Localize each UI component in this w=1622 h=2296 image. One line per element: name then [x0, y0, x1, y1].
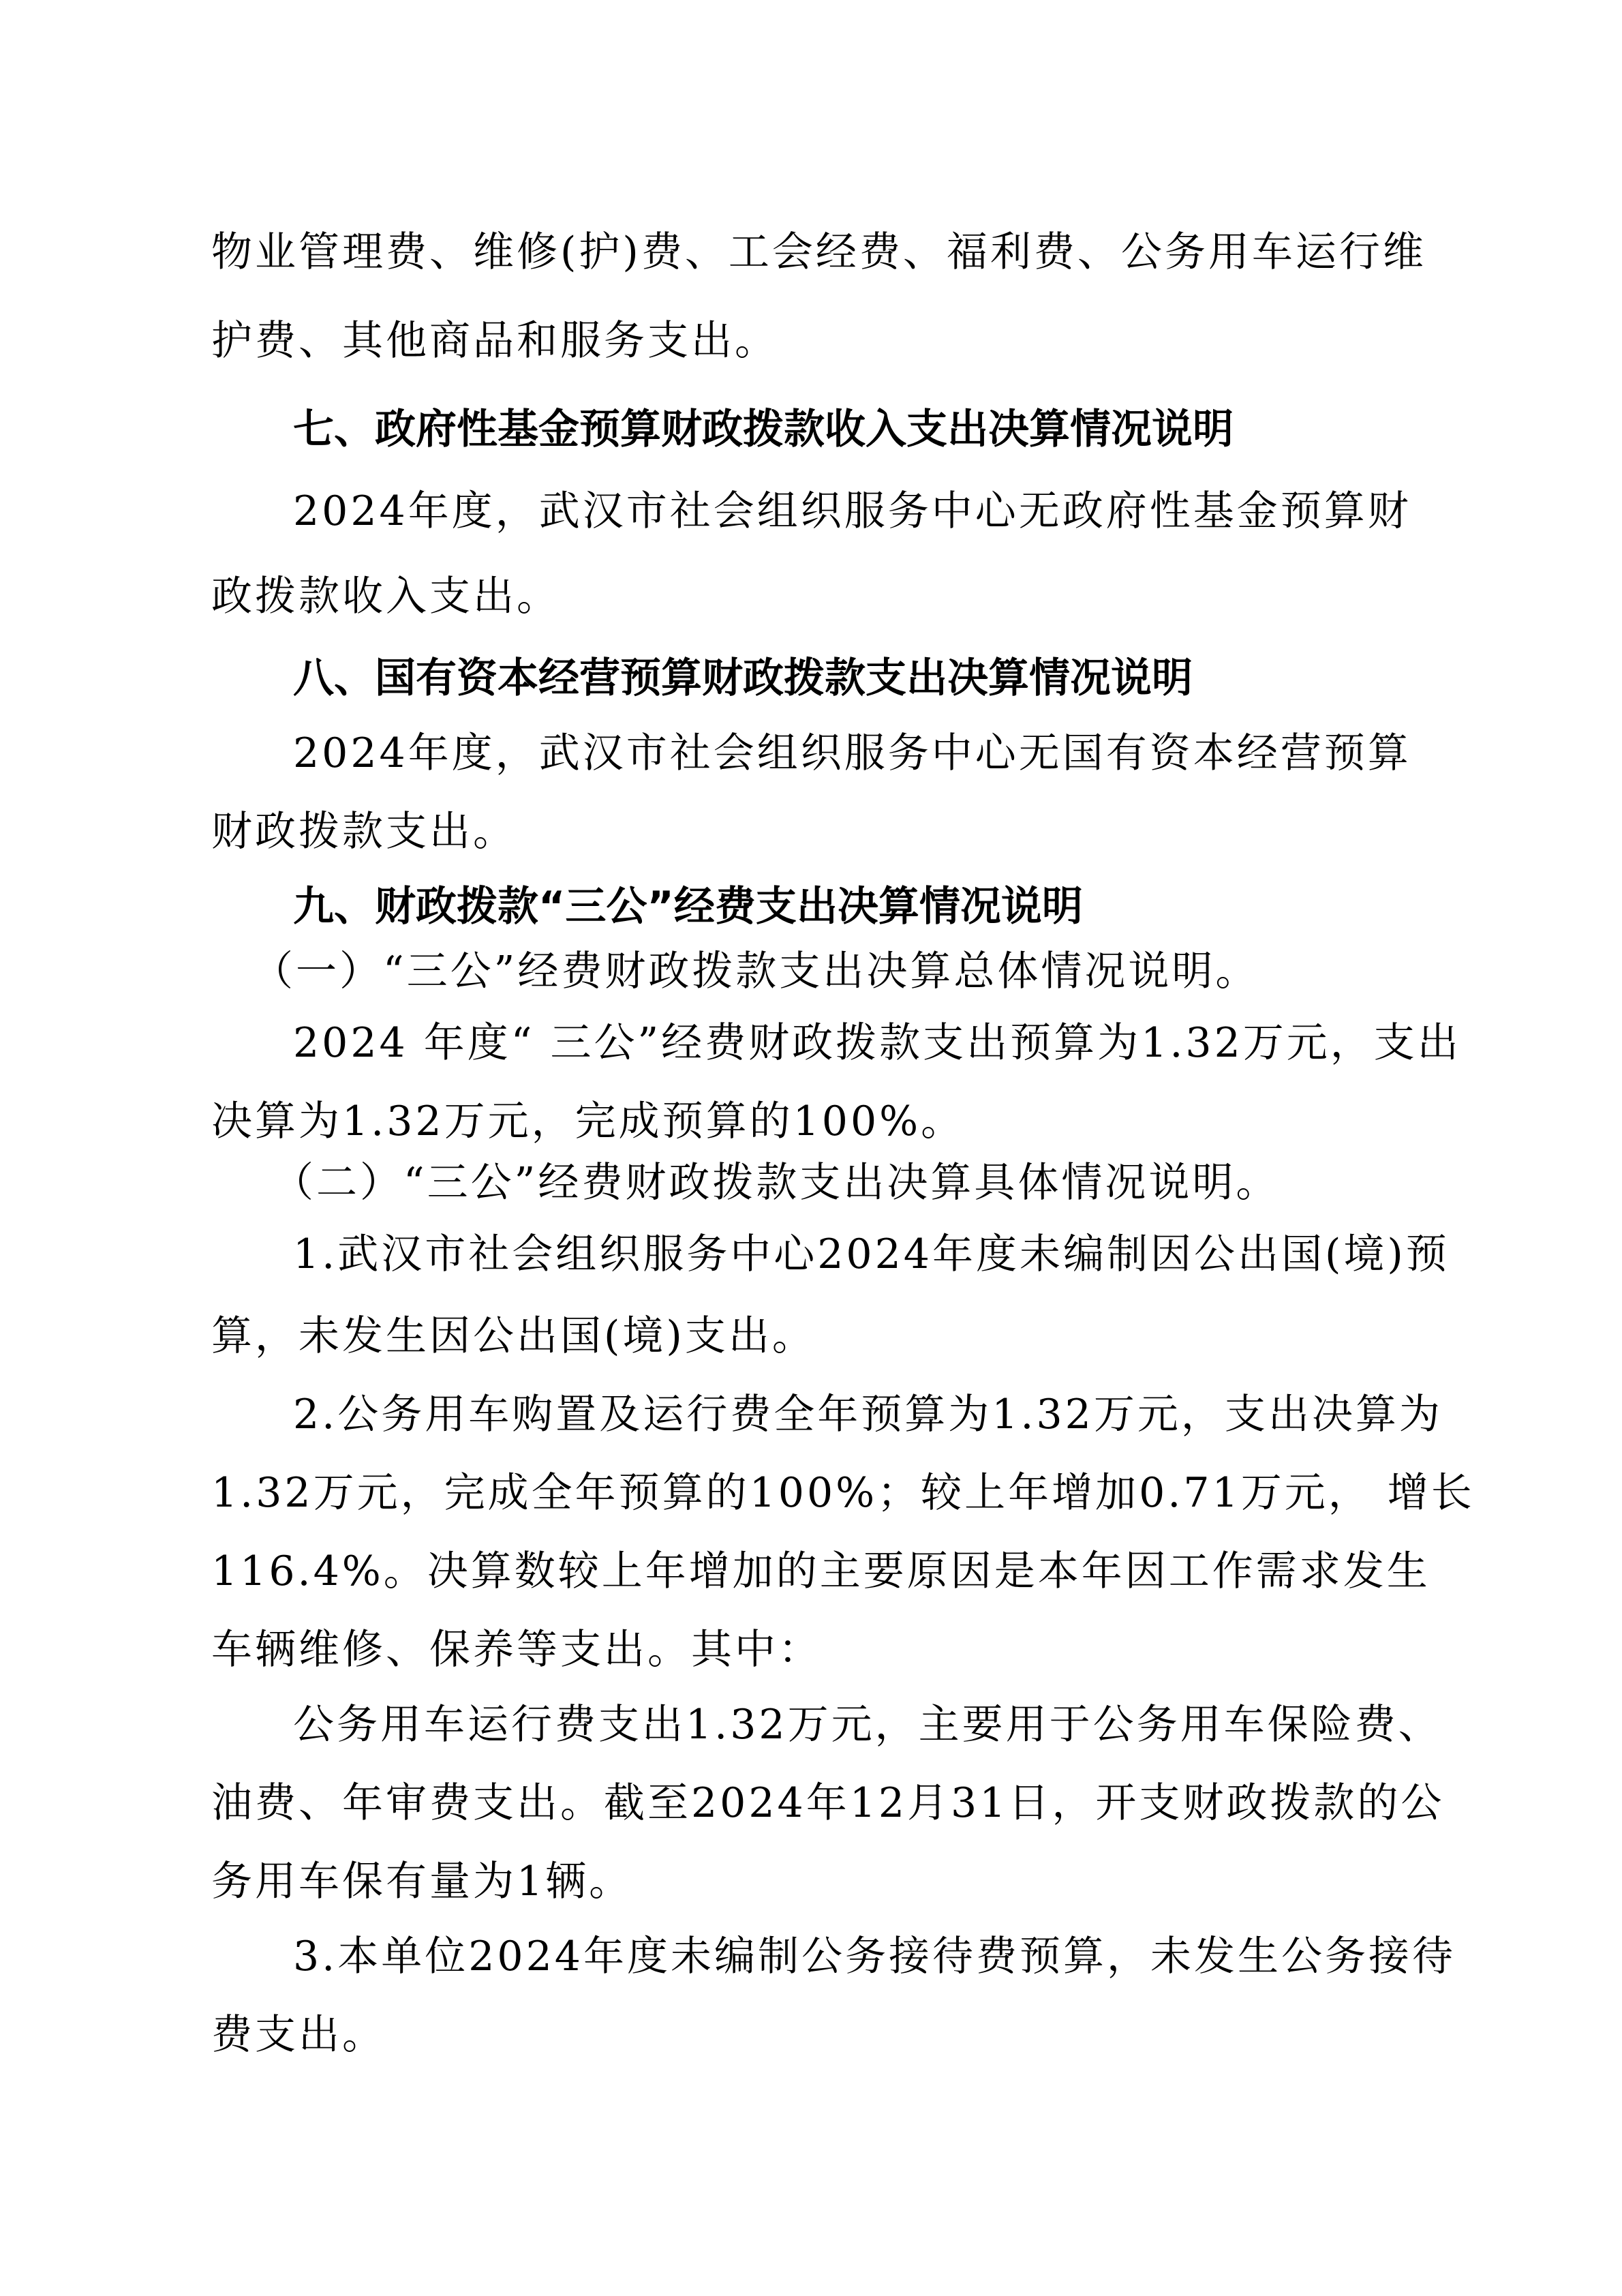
paragraph-line: 政拨款收入支出。: [211, 569, 560, 624]
paragraph-line: 务用车保有量为1辆。: [211, 1854, 632, 1909]
paragraph-line: 算，未发生因公出国(境)支出。: [211, 1309, 816, 1363]
section-heading-9: 九、财政拨款“三公”经费支出决算情况说明: [293, 879, 1083, 934]
paragraph-line: 116.4%。决算数较上年增加的主要原因是本年因工作需求发生: [211, 1544, 1430, 1599]
section-heading-7: 七、政府性基金预算财政拨款收入支出决算情况说明: [293, 402, 1234, 457]
paragraph-line: 2024年度，武汉市社会组织服务中心无政府性基金预算财: [293, 484, 1411, 539]
paragraph-line: 财政拨款支出。: [211, 804, 517, 859]
subsection-heading-1: （一）“三公”经费财政拨款支出决算总体情况说明。: [252, 944, 1259, 999]
subsection-heading-2: （二）“三公”经费财政拨款支出决算具体情况说明。: [273, 1155, 1279, 1210]
paragraph-line: 公务用车运行费支出1.32万元，主要用于公务用车保险费、: [293, 1697, 1442, 1752]
paragraph-line: 2024 年度“ 三公”经费财政拨款支出预算为1.32万元，支出: [293, 1016, 1461, 1070]
paragraph-line: 2.公务用车购置及运行费全年预算为1.32万元，支出决算为: [293, 1387, 1443, 1442]
section-heading-8: 八、国有资本经营预算财政拨款支出决算情况说明: [293, 651, 1193, 706]
paragraph-line: 1.32万元，完成全年预算的100%；较上年增加0.71万元， 增长: [211, 1466, 1475, 1520]
paragraph-line: 费支出。: [211, 2008, 386, 2062]
paragraph-line: 决算为1.32万元，完成预算的100%。: [211, 1094, 964, 1149]
paragraph-line: 车辆维修、保养等支出。其中：: [211, 1622, 822, 1677]
paragraph-line: 物业管理费、维修(护)费、工会经费、福利费、公务用车运行维: [211, 225, 1426, 280]
paragraph-line: 2024年度，武汉市社会组织服务中心无国有资本经营预算: [293, 726, 1411, 781]
paragraph-line: 1.武汉市社会组织服务中心2024年度未编制因公出国(境)预: [293, 1227, 1450, 1282]
document-page: 物业管理费、维修(护)费、工会经费、福利费、公务用车运行维 护费、其他商品和服务…: [0, 0, 1622, 2296]
paragraph-line: 护费、其他商品和服务支出。: [211, 314, 778, 368]
paragraph-line: 3.本单位2024年度未编制公务接待费预算，未发生公务接待: [293, 1929, 1456, 1984]
paragraph-line: 油费、年审费支出。截至2024年12月31日，开支财政拨款的公: [211, 1776, 1444, 1830]
